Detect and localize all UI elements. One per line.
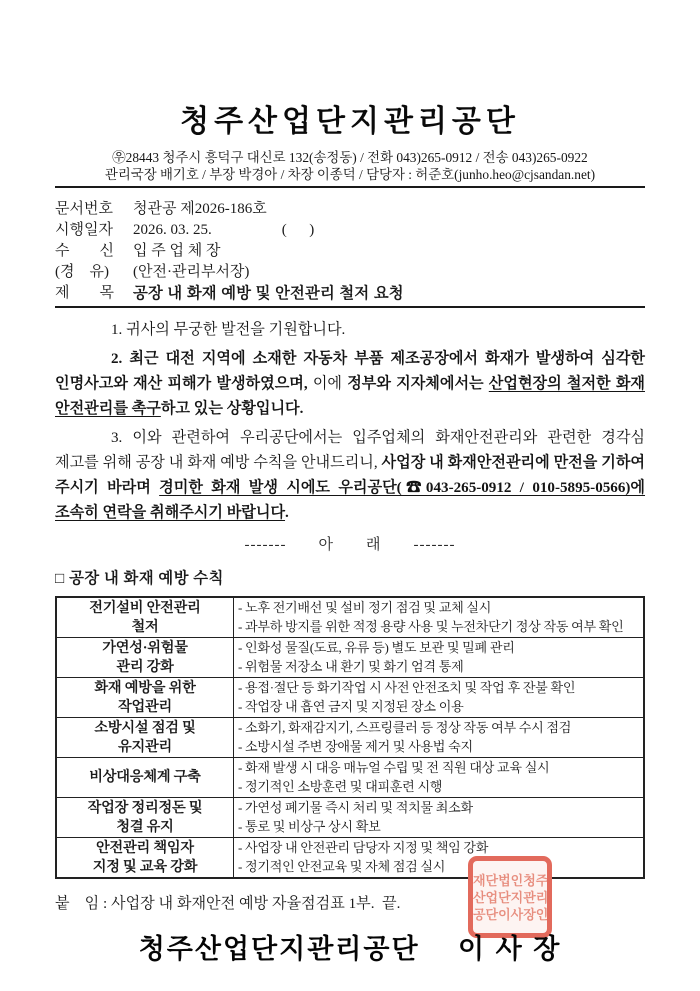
rule-details: - 노후 전기배선 및 설비 정기 점검 및 교체 실시 - 과부하 방지를 위…: [234, 597, 645, 638]
rule-details: - 인화성 물질(도료, 유류 등) 별도 보관 및 밀폐 관리 - 위험물 저…: [234, 638, 645, 678]
org-staff-line: 관리국장 배기호 / 부장 박경아 / 차장 이종덕 / 담당자 : 허준호(j…: [55, 166, 645, 183]
rule-category: 가연성·위험물 관리 강화: [56, 638, 234, 678]
para2-run-bold2: 정부와 지자체에서는: [347, 376, 489, 392]
document-page: 청주산업단지관리공단 ㉾28443 청주시 흥덕구 대신로 132(송정동) /…: [0, 0, 700, 991]
rule-category: 안전관리 책임자 지정 및 교육 강화: [56, 838, 234, 879]
date-value: 2026. 03. 25.: [133, 220, 212, 241]
table-row: 작업장 정리정돈 및 청결 유지 - 가연성 폐기물 즉시 처리 및 적치물 최…: [56, 798, 644, 838]
paragraph-request: 3. 이와 관련하여 우리공단에서는 입주업체의 화재안전관리와 관련한 경각심…: [55, 426, 645, 526]
rule-details: - 소화기, 화재감지기, 스프링클러 등 정상 작동 여부 수시 점검 - 소…: [234, 718, 645, 758]
rule-item: - 정기적인 소방훈련 및 대피훈련 시행: [238, 778, 639, 797]
rule-item: - 과부하 방지를 위한 적정 용량 사용 및 누전차단기 정상 작동 여부 확…: [238, 618, 639, 637]
rule-category: 전기설비 안전관리 철저: [56, 597, 234, 638]
document-meta: 문서번호 청관공 제2026-186호 시행일자 2026. 03. 25. (…: [55, 199, 645, 304]
seal-text-row: 공단이사장인: [473, 906, 547, 923]
rule-item: - 위험물 저장소 내 환기 및 화기 엄격 통제: [238, 658, 639, 677]
rule-details: - 화재 발생 시 대응 매뉴얼 수립 및 전 직원 대상 교육 실시 - 정기…: [234, 758, 645, 798]
para2-run-bold3: 하고 있는 상황입니다.: [161, 401, 304, 417]
attachment-line: 붙 임 : 사업장 내 화재안전 예방 자율점검표 1부. 끝.: [55, 892, 645, 913]
via-row: (경 유) (안전·관리부서장): [55, 262, 645, 283]
table-row: 안전관리 책임자 지정 및 교육 강화 - 사업장 내 안전관리 담당자 지정 …: [56, 838, 644, 879]
rule-item: - 정기적인 안전교육 및 자체 점검 실시: [238, 858, 639, 877]
subject-label: 제 목: [55, 283, 121, 304]
subject-row: 제 목 공장 내 화재 예방 및 안전관리 철저 요청: [55, 283, 645, 304]
table-row: 소방시설 점검 및 유지관리 - 소화기, 화재감지기, 스프링클러 등 정상 …: [56, 718, 644, 758]
date-row: 시행일자 2026. 03. 25. ( ): [55, 220, 645, 241]
recipient-label: 수 신: [55, 241, 121, 262]
recipient-row: 수 신 입 주 업 체 장: [55, 241, 645, 262]
signer-name: 청주산업단지관리공단 이 사 장: [139, 934, 562, 964]
below-separator: ------- 아 래 -------: [55, 533, 645, 554]
para2-run-plain: 이에: [313, 376, 347, 392]
rule-item: - 인화성 물질(도료, 유류 등) 별도 보관 및 밀폐 관리: [238, 639, 639, 658]
rule-category: 화재 예방을 위한 작업관리: [56, 678, 234, 718]
rule-item: - 가연성 폐기물 즉시 처리 및 적치물 최소화: [238, 799, 639, 818]
rule-item: - 사업장 내 안전관리 담당자 지정 및 책임 강화: [238, 839, 639, 858]
table-row: 전기설비 안전관리 철저 - 노후 전기배선 및 설비 정기 점검 및 교체 실…: [56, 597, 644, 638]
rule-category: 소방시설 점검 및 유지관리: [56, 718, 234, 758]
date-note: ( ): [282, 220, 315, 241]
header-divider: [55, 186, 645, 188]
via-value: (안전·관리부서장): [133, 262, 249, 283]
date-label: 시행일자: [55, 220, 121, 241]
seal-text-row: 재단법인청주: [473, 872, 547, 889]
via-label: (경 유): [55, 262, 121, 283]
rule-item: - 통로 및 비상구 상시 확보: [238, 818, 639, 837]
seal-text-row: 산업단지관리: [473, 889, 547, 906]
rule-details: - 사업장 내 안전관리 담당자 지정 및 책임 강화 - 정기적인 안전교육 …: [234, 838, 645, 879]
org-address-line: ㉾28443 청주시 흥덕구 대신로 132(송정동) / 전화 043)265…: [55, 149, 645, 166]
rules-heading: □ 공장 내 화재 예방 수칙: [55, 566, 645, 588]
org-title: 청주산업단지관리공단: [55, 0, 645, 140]
corporate-seal-stamp: 재단법인청주 산업단지관리 공단이사장인: [468, 856, 552, 938]
rule-category: 비상대응체계 구축: [56, 758, 234, 798]
table-row: 비상대응체계 구축 - 화재 발생 시 대응 매뉴얼 수립 및 전 직원 대상 …: [56, 758, 644, 798]
org-contact-block: ㉾28443 청주시 흥덕구 대신로 132(송정동) / 전화 043)265…: [55, 149, 645, 183]
paragraph-incident: 2. 최근 대전 지역에 소재한 자동차 부품 제조공장에서 화재가 발생하여 …: [55, 347, 645, 422]
rule-category: 작업장 정리정돈 및 청결 유지: [56, 798, 234, 838]
rule-item: - 소화기, 화재감지기, 스프링클러 등 정상 작동 여부 수시 점검: [238, 719, 639, 738]
rule-item: - 용접·절단 등 화기작업 시 사전 안전조치 및 작업 후 잔불 확인: [238, 679, 639, 698]
table-row: 화재 예방을 위한 작업관리 - 용접·절단 등 화기작업 시 사전 안전조치 …: [56, 678, 644, 718]
para3-run-period: .: [285, 505, 289, 521]
rule-details: - 가연성 폐기물 즉시 처리 및 적치물 최소화 - 통로 및 비상구 상시 …: [234, 798, 645, 838]
rule-item: - 소방시설 주변 장애물 제거 및 사용법 숙지: [238, 738, 639, 757]
table-row: 가연성·위험물 관리 강화 - 인화성 물질(도료, 유류 등) 별도 보관 및…: [56, 638, 644, 678]
fire-prevention-rules-table: 전기설비 안전관리 철저 - 노후 전기배선 및 설비 정기 점검 및 교체 실…: [55, 596, 645, 879]
paragraph-greeting-text: 1. 귀사의 무궁한 발전을 기원합니다.: [111, 322, 345, 338]
rule-item: - 노후 전기배선 및 설비 정기 점검 및 교체 실시: [238, 599, 639, 618]
doc-number-value: 청관공 제2026-186호: [133, 199, 267, 220]
rule-item: - 화재 발생 시 대응 매뉴얼 수립 및 전 직원 대상 교육 실시: [238, 759, 639, 778]
recipient-value: 입 주 업 체 장: [133, 241, 220, 262]
subject-value: 공장 내 화재 예방 및 안전관리 철저 요청: [133, 283, 404, 304]
rule-details: - 용접·절단 등 화기작업 시 사전 안전조치 및 작업 후 잔불 확인 - …: [234, 678, 645, 718]
doc-number-row: 문서번호 청관공 제2026-186호: [55, 199, 645, 220]
signature-block: 청주산업단지관리공단 이 사 장: [55, 927, 645, 966]
rule-item: - 작업장 내 흡연 금지 및 지정된 장소 이용: [238, 698, 639, 717]
subject-divider: [55, 306, 645, 308]
paragraph-greeting: 1. 귀사의 무궁한 발전을 기원합니다.: [55, 318, 645, 343]
doc-number-label: 문서번호: [55, 199, 121, 220]
